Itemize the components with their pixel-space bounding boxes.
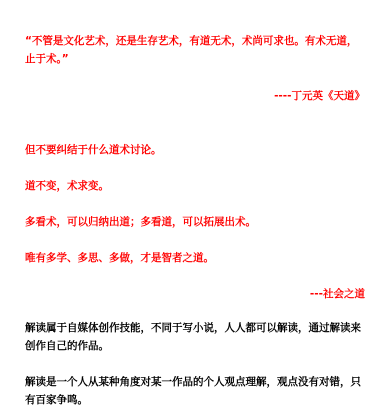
paragraph-1: 解读属于自媒体创作技能，不同于写小说，人人都可以解读，通过解读来创作自己的作品。: [25, 319, 365, 355]
paragraph-2: 解读是一个人从某种角度对某一作品的个人观点理解，观点没有对错，只有百家争鸣。: [25, 373, 365, 409]
line-4: 唯有多学、多思、多做，才是智者之道。: [25, 249, 365, 267]
line-3: 多看术，可以归纳出道；多看道，可以拓展出术。: [25, 213, 365, 231]
line-1: 但不要纠结于什么道术讨论。: [25, 141, 365, 159]
quote-attribution: ----丁元英《天道》: [25, 87, 365, 105]
signature: ---社会之道: [25, 285, 365, 303]
quote-text: “不管是文化艺术，还是生存艺术，有道无术，术尚可求也。有术无道，止于术。”: [25, 32, 365, 68]
line-2: 道不变，术求变。: [25, 177, 365, 195]
